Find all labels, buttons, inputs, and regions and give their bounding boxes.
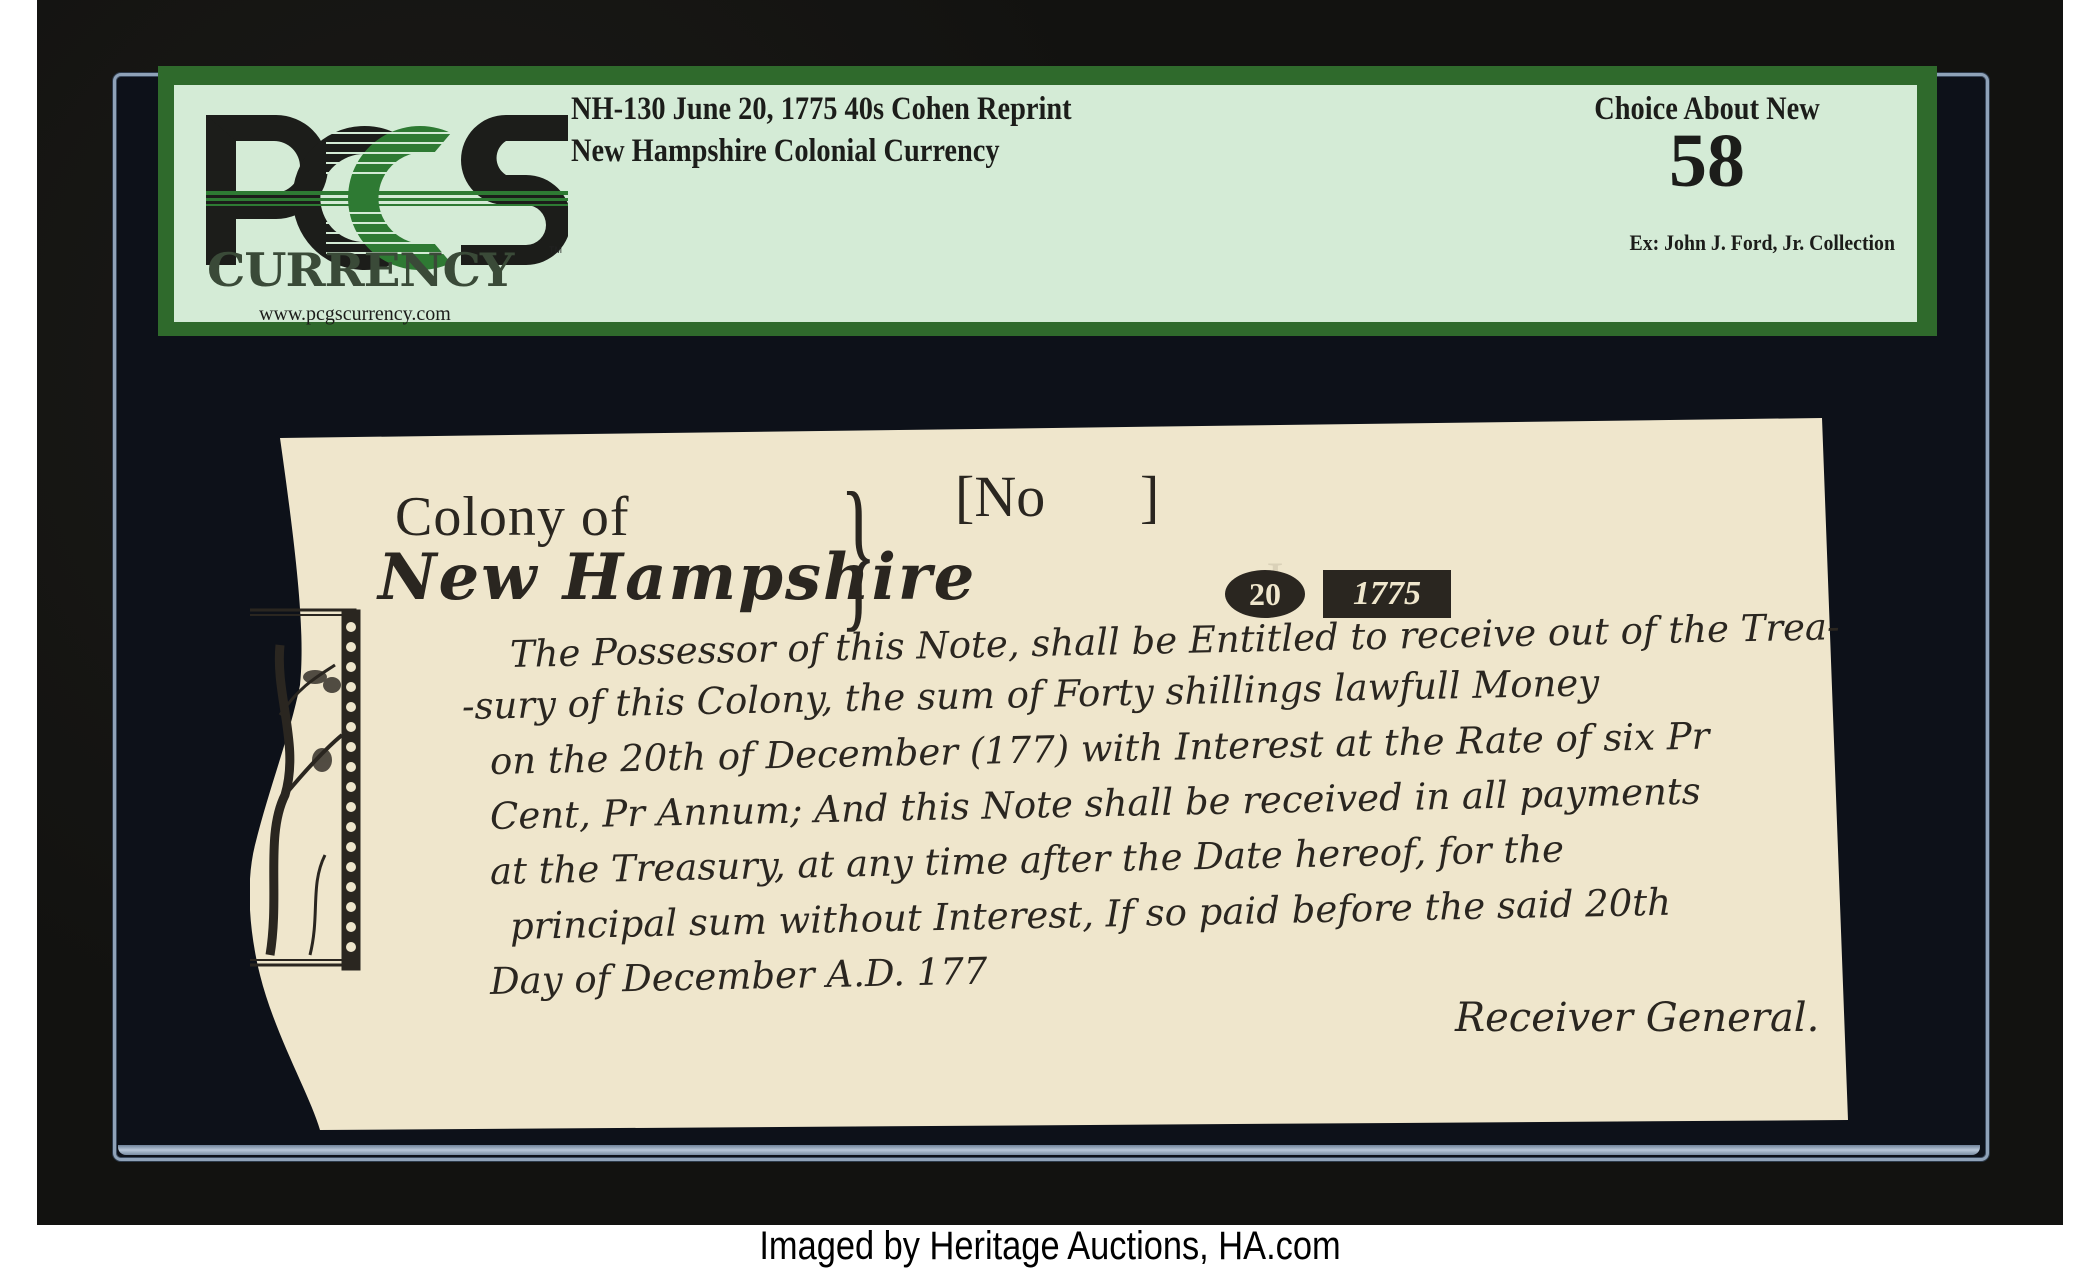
website-text: www.pcgscurrency.com <box>259 303 451 326</box>
signature-line: Receiver General. <box>1455 995 1819 1041</box>
grading-label: TM CURRENCY www.pcgscurrency.com NH-130 … <box>158 66 1937 336</box>
note-series-title: New Hampshire Colonial Currency <box>571 133 1000 170</box>
brace-ornament: } <box>840 455 877 650</box>
grade-number: 58 <box>1537 126 1877 196</box>
grade-name: Choice About New <box>1561 91 1853 128</box>
year-badge: 1775 <box>1323 570 1451 618</box>
colonial-banknote: Colony of New Hampshire } [No ] J 20 177… <box>250 415 1850 1135</box>
serial-number-box-close: ] <box>1140 463 1159 530</box>
logo-currency-text: CURRENCY <box>207 243 513 297</box>
label-panel: TM CURRENCY www.pcgscurrency.com NH-130 … <box>174 85 1917 322</box>
trademark-mark: TM <box>549 245 562 255</box>
image-credit-caption: Imaged by Heritage Auctions, HA.com <box>147 1224 1953 1268</box>
new-hampshire-heading: New Hampshire <box>378 540 976 615</box>
note-catalog-title: NH-130 June 20, 1775 40s Cohen Reprint <box>571 91 1072 128</box>
holder-bottom-edge <box>118 1145 1980 1155</box>
serial-number-box: [No <box>955 463 1045 530</box>
pedigree-text: Ex: John J. Ford, Jr. Collection <box>1630 230 1895 256</box>
denomination-badge: 20 <box>1225 570 1305 618</box>
grade-block: Choice About New 58 <box>1537 91 1877 196</box>
